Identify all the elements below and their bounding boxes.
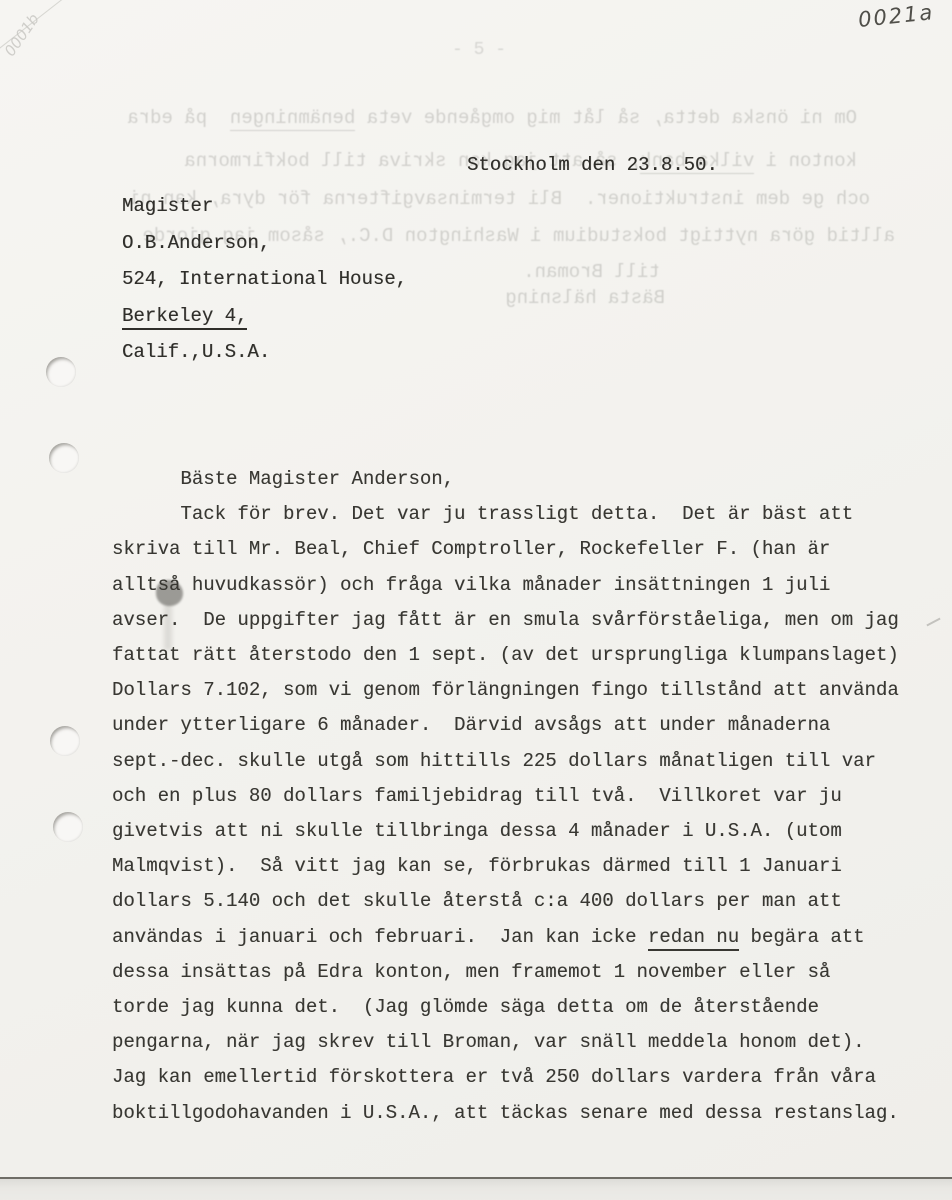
pencil-edge-mark — [926, 618, 940, 627]
letter-body-line: sept.-dec. skulle utgå som hittills 225 … — [112, 744, 899, 779]
letter-body: Bäste Magister Anderson, Tack för brev. … — [112, 462, 899, 1131]
letter-body-line: pengarna, när jag skrev till Broman, var… — [112, 1025, 899, 1060]
text-segment: sept.-dec. skulle utgå som hittills 225 … — [112, 750, 876, 772]
underlined-phrase: Berkeley 4, — [122, 305, 247, 330]
text-segment: skriva till Mr. Beal, Chief Comptroller,… — [112, 538, 830, 560]
ghost-bleedthrough-line: Bästa hälsning — [495, 287, 665, 309]
letter-body-line: dollars 5.140 och det skulle återstå c:a… — [112, 884, 899, 919]
ghost-bleedthrough-line: till Broman. — [520, 261, 660, 283]
letter-body-line: avser. De uppgifter jag fått är en smula… — [112, 603, 899, 638]
recipient-address-line: Berkeley 4, — [122, 298, 407, 335]
text-segment: under ytterligare 6 månader. Därvid avså… — [112, 714, 830, 736]
recipient-address-line: Calif.,U.S.A. — [122, 334, 407, 371]
text-segment: torde jag kunna det. (Jag glömde säga de… — [112, 996, 819, 1018]
letter-body-line: Tack för brev. Det var ju trassligt dett… — [112, 497, 899, 532]
text-segment: fattat rätt återstodo den 1 sept. (av de… — [112, 644, 899, 666]
punch-hole — [49, 443, 79, 473]
text-segment: Tack för brev. Det var ju trassligt dett… — [112, 503, 853, 525]
text-segment: 524, International House, — [122, 268, 407, 290]
text-segment: och en plus 80 dollars familjebidrag til… — [112, 785, 842, 807]
text-segment: dessa insättas på Edra konton, men frame… — [112, 961, 830, 983]
letter-body-line: givetvis att ni skulle tillbringa dessa … — [112, 814, 899, 849]
text-segment: Magister — [122, 195, 213, 217]
text-segment: konton i — [754, 150, 857, 172]
letter-page: - 5 - Om ni önska detta, så låt mig omgå… — [0, 0, 952, 1200]
text-segment: alltså huvudkassör) och fråga vilka måna… — [112, 574, 830, 596]
text-segment: användas i januari och februari. Jan kan… — [112, 926, 648, 948]
letter-body-line: Malmqvist). Så vitt jag kan se, förbruka… — [112, 849, 899, 884]
text-segment: dollars 5.140 och det skulle återstå c:a… — [112, 890, 842, 912]
letter-body-line: användas i januari och februari. Jan kan… — [112, 920, 899, 955]
text-segment: Calif.,U.S.A. — [122, 341, 270, 363]
letter-body-line: och en plus 80 dollars familjebidrag til… — [112, 779, 899, 814]
letter-body-line: fattat rätt återstodo den 1 sept. (av de… — [112, 638, 899, 673]
letter-body-line: Bäste Magister Anderson, — [112, 462, 899, 497]
text-segment: boktillgodohavanden i U.S.A., att täckas… — [112, 1102, 899, 1124]
punch-hole — [53, 812, 83, 842]
recipient-address-block: MagisterO.B.Anderson,524, International … — [122, 188, 407, 371]
text-segment: Bäste Magister Anderson, — [112, 468, 454, 490]
text-segment: Om ni önska detta, så låt mig omgående v… — [355, 107, 857, 129]
handwritten-mark-top-left: 0001b — [1, 10, 43, 59]
punch-hole — [50, 726, 80, 756]
letter-body-line: Jag kan emellertid förskottera er två 25… — [112, 1060, 899, 1095]
ghost-page-number: - 5 - — [452, 40, 506, 60]
handwritten-mark-top-right: 0021a — [857, 0, 935, 32]
recipient-address-line: O.B.Anderson, — [122, 225, 407, 262]
text-segment: på edra — [127, 107, 230, 129]
text-segment: Dollars 7.102, som vi genom förlängninge… — [112, 679, 899, 701]
underlined-phrase: redan nu — [648, 926, 739, 951]
letter-body-line: dessa insättas på Edra konton, men frame… — [112, 955, 899, 990]
text-segment: till Broman. — [523, 261, 660, 283]
letter-body-line: boktillgodohavanden i U.S.A., att täckas… — [112, 1096, 899, 1131]
text-segment: Malmqvist). Så vitt jag kan se, förbruka… — [112, 855, 842, 877]
ghost-bleedthrough-line: Om ni önska detta, så låt mig omgående v… — [137, 107, 857, 129]
text-segment: Bästa hälsning — [505, 287, 665, 309]
text-segment: O.B.Anderson, — [122, 232, 270, 254]
recipient-address-line: 524, International House, — [122, 261, 407, 298]
text-segment: givetvis att ni skulle tillbringa dessa … — [112, 820, 842, 842]
text-segment: avser. De uppgifter jag fått är en smula… — [112, 609, 899, 631]
text-segment: Jag kan emellertid förskottera er två 25… — [112, 1066, 876, 1088]
letter-body-line: torde jag kunna det. (Jag glömde säga de… — [112, 990, 899, 1025]
punch-hole — [46, 357, 76, 387]
letter-body-line: under ytterligare 6 månader. Därvid avså… — [112, 708, 899, 743]
text-segment: pengarna, när jag skrev till Broman, var… — [112, 1031, 865, 1053]
recipient-address-line: Magister — [122, 188, 407, 225]
letter-body-line: skriva till Mr. Beal, Chief Comptroller,… — [112, 532, 899, 567]
paper-bottom-edge — [0, 1177, 952, 1200]
letter-body-line: alltså huvudkassör) och fråga vilka måna… — [112, 568, 899, 603]
letter-body-line: Dollars 7.102, som vi genom förlängninge… — [112, 673, 899, 708]
text-segment: begära att — [739, 926, 864, 948]
letter-dateline: Stockholm den 23.8.50. — [467, 154, 718, 176]
underlined-phrase: benämningen — [230, 107, 355, 131]
